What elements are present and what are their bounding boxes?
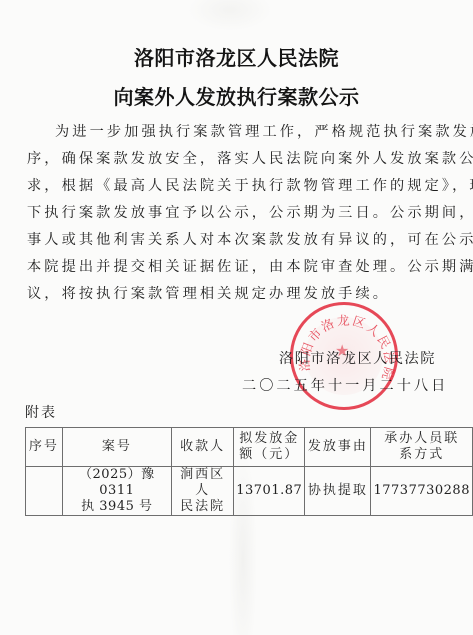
- table-header-row: 序号 案号 收款人 拟发放金 额（元） 发放事由 承办人员联 系方式: [26, 428, 473, 467]
- body-paragraph-line-2: 序，确保案款发放安全，落实人民法院向案外人发放案款公示要: [27, 150, 447, 168]
- cell-index: [26, 467, 63, 516]
- header-index: 序号: [26, 428, 63, 467]
- cell-amount: 13701.87: [234, 467, 305, 516]
- appendix-label: 附表: [25, 402, 57, 422]
- body-paragraph-line-1: 为进一步加强执行案款管理工作，严格规范执行案款发放顺: [55, 123, 473, 141]
- header-reason: 发放事由: [305, 428, 371, 467]
- header-contact: 承办人员联 系方式: [371, 428, 473, 467]
- body-paragraph-line-5: 事人或其他利害关系人对本次案款发放有异议的，可在公示期内向: [27, 231, 447, 249]
- cell-contact: 17737730288: [371, 467, 473, 516]
- body-paragraph-line-7: 议，将按执行案款管理相关规定办理发放手续。: [27, 285, 447, 303]
- document-page: 洛阳市洛龙区人民法院 向案外人发放执行案款公示 为进一步加强执行案款管理工作，严…: [0, 0, 473, 635]
- body-paragraph-line-6: 本院提出并提交相关证据佐证，由本院审查处理。公示期满无异: [27, 258, 447, 276]
- header-payee: 收款人: [171, 428, 233, 467]
- cell-reason: 协执提取: [305, 467, 371, 516]
- table-row: （2025）豫 0311 执 3945 号 涧西区人 民法院 13701.87 …: [26, 467, 473, 516]
- signature-organization: 洛阳市洛龙区人民法院: [279, 348, 436, 368]
- document-title-court: 洛阳市洛龙区人民法院: [0, 42, 473, 71]
- disbursement-table: 序号 案号 收款人 拟发放金 额（元） 发放事由 承办人员联 系方式 （2025…: [25, 427, 473, 516]
- header-case-number: 案号: [62, 428, 171, 467]
- signature-date: 二〇二五年十一月二十八日: [242, 375, 448, 395]
- cell-payee: 涧西区人 民法院: [171, 467, 233, 516]
- cell-case-number: （2025）豫 0311 执 3945 号: [62, 467, 171, 516]
- document-title-subject: 向案外人发放执行案款公示: [0, 81, 473, 110]
- body-paragraph-line-4: 下执行案款发放事宜予以公示，公示期为三日。公示期间，案件当: [27, 204, 447, 222]
- body-paragraph-line-3: 求，根据《最高人民法院关于执行款物管理工作的规定》，现对以: [27, 177, 447, 195]
- header-amount: 拟发放金 额（元）: [234, 428, 305, 467]
